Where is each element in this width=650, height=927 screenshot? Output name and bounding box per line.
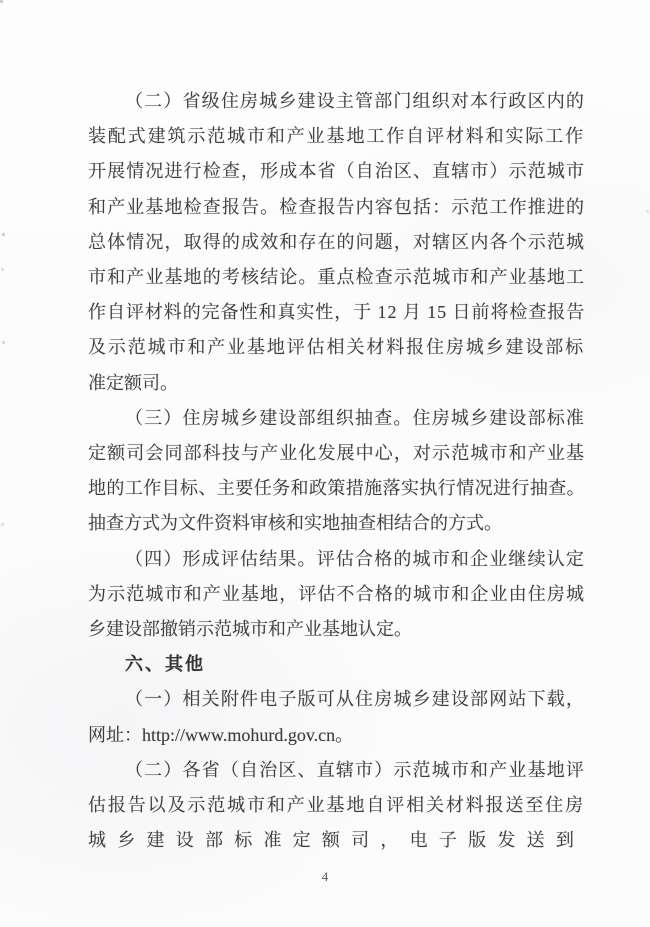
text-line: （三）住房城乡建设部组织抽查。住房城乡建设部标准 (88, 401, 585, 436)
text-line: 市和产业基地的考核结论。重点检查示范城市和产业基地工 (88, 260, 585, 295)
text-line: 地的工作目标、主要任务和政策措施落实执行情况进行抽查。 (88, 471, 585, 506)
text-line: 装配式建筑示范城市和产业基地工作自评材料和实际工作 (88, 119, 585, 154)
text-line: 定额司会同部科技与产业化发展中心，对示范城市和产业基 (88, 436, 585, 471)
document-page: （二）省级住房城乡建设主管部门组织对本行政区内的装配式建筑示范城市和产业基地工作… (0, 0, 650, 927)
page-number: 4 (0, 869, 650, 885)
text-line: 总体情况，取得的成效和存在的问题，对辖区内各个示范城 (88, 225, 585, 260)
text-line: （二）各省（自治区、直辖市）示范城市和产业基地评 (88, 753, 585, 788)
text-line: 开展情况进行检查，形成本省（自治区、直辖市）示范城市 (88, 154, 585, 189)
text-line: 及示范城市和产业基地评估相关材料报住房城乡建设部标 (88, 330, 585, 365)
text-line: （二）省级住房城乡建设主管部门组织对本行政区内的 (88, 84, 585, 119)
text-line: 作自评材料的完备性和真实性，于 12 月 15 日前将检查报告 (88, 295, 585, 330)
document-body: （二）省级住房城乡建设主管部门组织对本行政区内的装配式建筑示范城市和产业基地工作… (88, 84, 585, 858)
scan-speck-icon (0, 0, 3, 3)
text-line: 估报告以及示范城市和产业基地自评相关材料报送至住房 (88, 788, 585, 823)
text-line: （一）相关附件电子版可从住房城乡建设部网站下载， (88, 682, 585, 717)
section-heading: 六、其他 (88, 647, 585, 682)
text-line: 网址：http://www.mohurd.gov.cn。 (88, 718, 585, 753)
text-line: 为示范城市和产业基地，评估不合格的城市和企业由住房城 (88, 577, 585, 612)
text-line: 准定额司。 (88, 366, 585, 401)
text-line: 城乡建设部标准定额司，电子版发送到 (88, 823, 585, 858)
text-line: 和产业基地检查报告。检查报告内容包括：示范工作推进的 (88, 190, 585, 225)
text-line: 抽查方式为文件资料审核和实地抽查相结合的方式。 (88, 506, 585, 541)
text-line: （四）形成评估结果。评估合格的城市和企业继续认定 (88, 542, 585, 577)
text-line: 乡建设部撤销示范城市和产业基地认定。 (88, 612, 585, 647)
